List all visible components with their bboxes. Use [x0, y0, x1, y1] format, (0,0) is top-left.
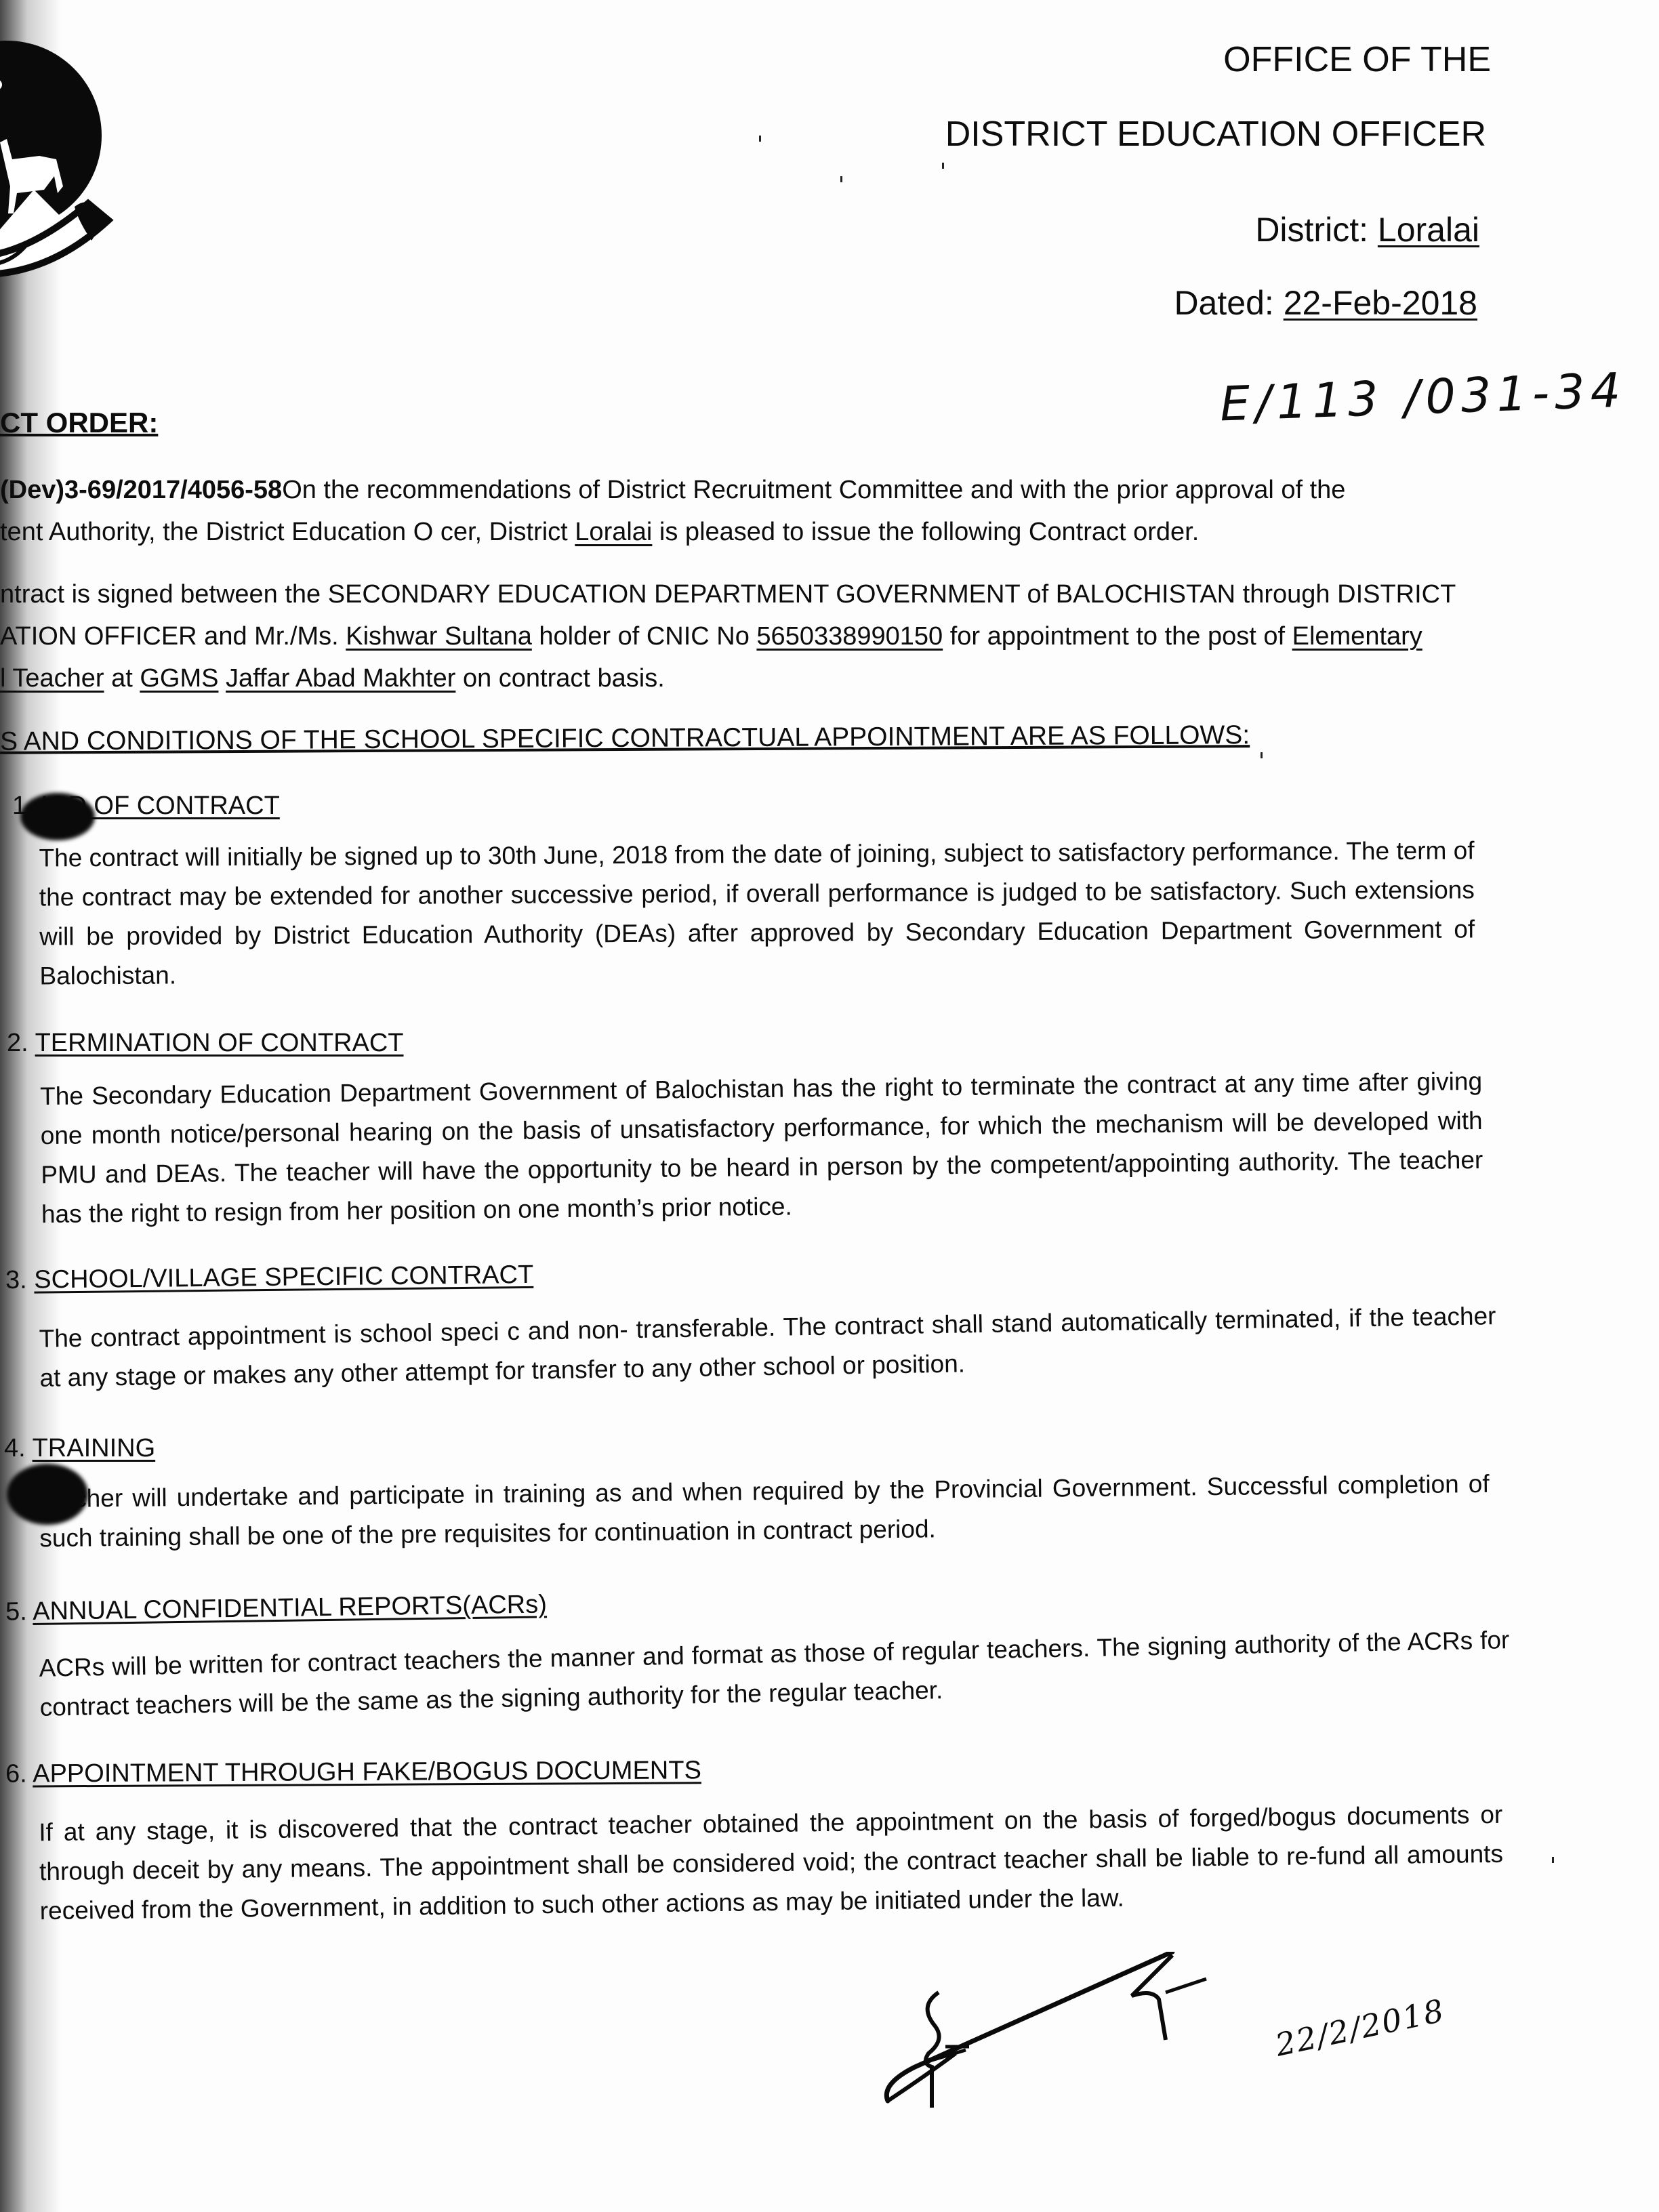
document-title: CT ORDER:	[0, 407, 158, 439]
section-heading-termination: 2. TERMINATION OF CONTRACT	[7, 1029, 404, 1058]
contract-order-page: OFFICE OF THE DISTRICT EDUCATION OFFICER…	[0, 0, 1659, 2212]
ink-blot	[7, 1464, 88, 1525]
district-value: Loralai	[1378, 211, 1479, 249]
scan-speck	[759, 136, 761, 142]
intro-paragraph: (Dev)3-69/2017/4056-58On the recommendat…	[0, 469, 1477, 553]
teacher-name: Kishwar Sultana	[346, 622, 532, 651]
section-body-termination: The Secondary Education Department Gover…	[40, 1062, 1483, 1234]
school-code: GGMS	[140, 664, 218, 693]
signing-text: ntract is signed between the SECONDARY E…	[0, 580, 1456, 609]
district-line: District: Loralai	[1255, 210, 1479, 249]
section-heading-acrs: 5. ANNUAL CONFIDENTIAL REPORTS(ACRs)	[5, 1590, 547, 1626]
signing-text: ATION OFFICER and Mr./Ms.	[0, 622, 346, 651]
section-title: SCHOOL/VILLAGE SPECIFIC CONTRACT	[34, 1261, 533, 1294]
office-line-2: DISTRICT EDUCATION OFFICER	[945, 114, 1486, 155]
post-title-cont: l Teacher	[0, 664, 104, 693]
section-title: APPOINTMENT THROUGH FAKE/BOGUS DOCUMENTS	[33, 1756, 701, 1788]
section-title: TERMINATION OF CONTRACT	[35, 1029, 404, 1057]
dated-line: Dated: 22-Feb-2018	[1174, 283, 1477, 323]
handwritten-reference-number: E/113 /031-34	[1219, 363, 1627, 432]
section-number: 3.	[5, 1266, 27, 1294]
intro-text: tent Authority, the District Education O…	[0, 518, 575, 546]
ink-blot	[20, 793, 95, 840]
section-heading-training: 4. TRAINING	[4, 1434, 155, 1463]
order-reference-number: (Dev)3-69/2017/4056-58	[0, 476, 282, 504]
balochistan-emblem-icon	[0, 27, 156, 298]
signing-text: at	[104, 664, 140, 693]
section-body-school-specific: The contract appointment is school speci…	[39, 1296, 1497, 1398]
dated-label: Dated:	[1174, 284, 1273, 322]
cnic-number: 5650338990150	[756, 622, 943, 651]
section-title: ANNUAL CONFIDENTIAL REPORTS(ACRs)	[33, 1590, 547, 1626]
signing-paragraph: ntract is signed between the SECONDARY E…	[0, 573, 1477, 699]
section-heading-fake-documents: 6. APPOINTMENT THROUGH FAKE/BOGUS DOCUME…	[5, 1756, 701, 1788]
section-body-period: The contract will initially be signed up…	[39, 831, 1475, 996]
section-body-training: teacher will undertake and participate i…	[39, 1465, 1490, 1558]
signing-text: for appointment to the post of	[943, 622, 1292, 651]
signing-text: on contract basis.	[455, 664, 664, 693]
intro-text: On the recommendations of District Recru…	[282, 476, 1345, 504]
section-number: 6.	[5, 1760, 27, 1788]
district-label: District:	[1255, 211, 1368, 249]
intro-district: Loralai	[575, 518, 652, 546]
post-title: Elementary	[1292, 622, 1422, 651]
office-line-1: OFFICE OF THE	[1223, 39, 1491, 80]
section-title: TRAINING	[33, 1434, 156, 1462]
scan-speck	[840, 176, 842, 182]
section-number: 4.	[4, 1434, 26, 1462]
section-number: 2.	[7, 1029, 28, 1057]
section-body-fake-documents: If at any stage, it is discovered that t…	[39, 1795, 1504, 1931]
scan-speck	[1552, 1857, 1554, 1863]
section-heading-school-specific: 3. SCHOOL/VILLAGE SPECIFIC CONTRACT	[5, 1261, 534, 1295]
school-name: Jaffar Abad Makhter	[226, 664, 455, 693]
section-body-acrs: ACRs will be written for contract teache…	[39, 1620, 1511, 1727]
section-number: 5.	[5, 1597, 27, 1626]
scan-speck	[942, 163, 944, 169]
terms-heading: S AND CONDITIONS OF THE SCHOOL SPECIFIC …	[0, 720, 1250, 757]
dated-value: 22-Feb-2018	[1284, 284, 1477, 322]
intro-text: is pleased to issue the following Contra…	[652, 518, 1199, 546]
signing-text: holder of CNIC No	[532, 622, 757, 651]
scan-speck	[1261, 752, 1263, 758]
